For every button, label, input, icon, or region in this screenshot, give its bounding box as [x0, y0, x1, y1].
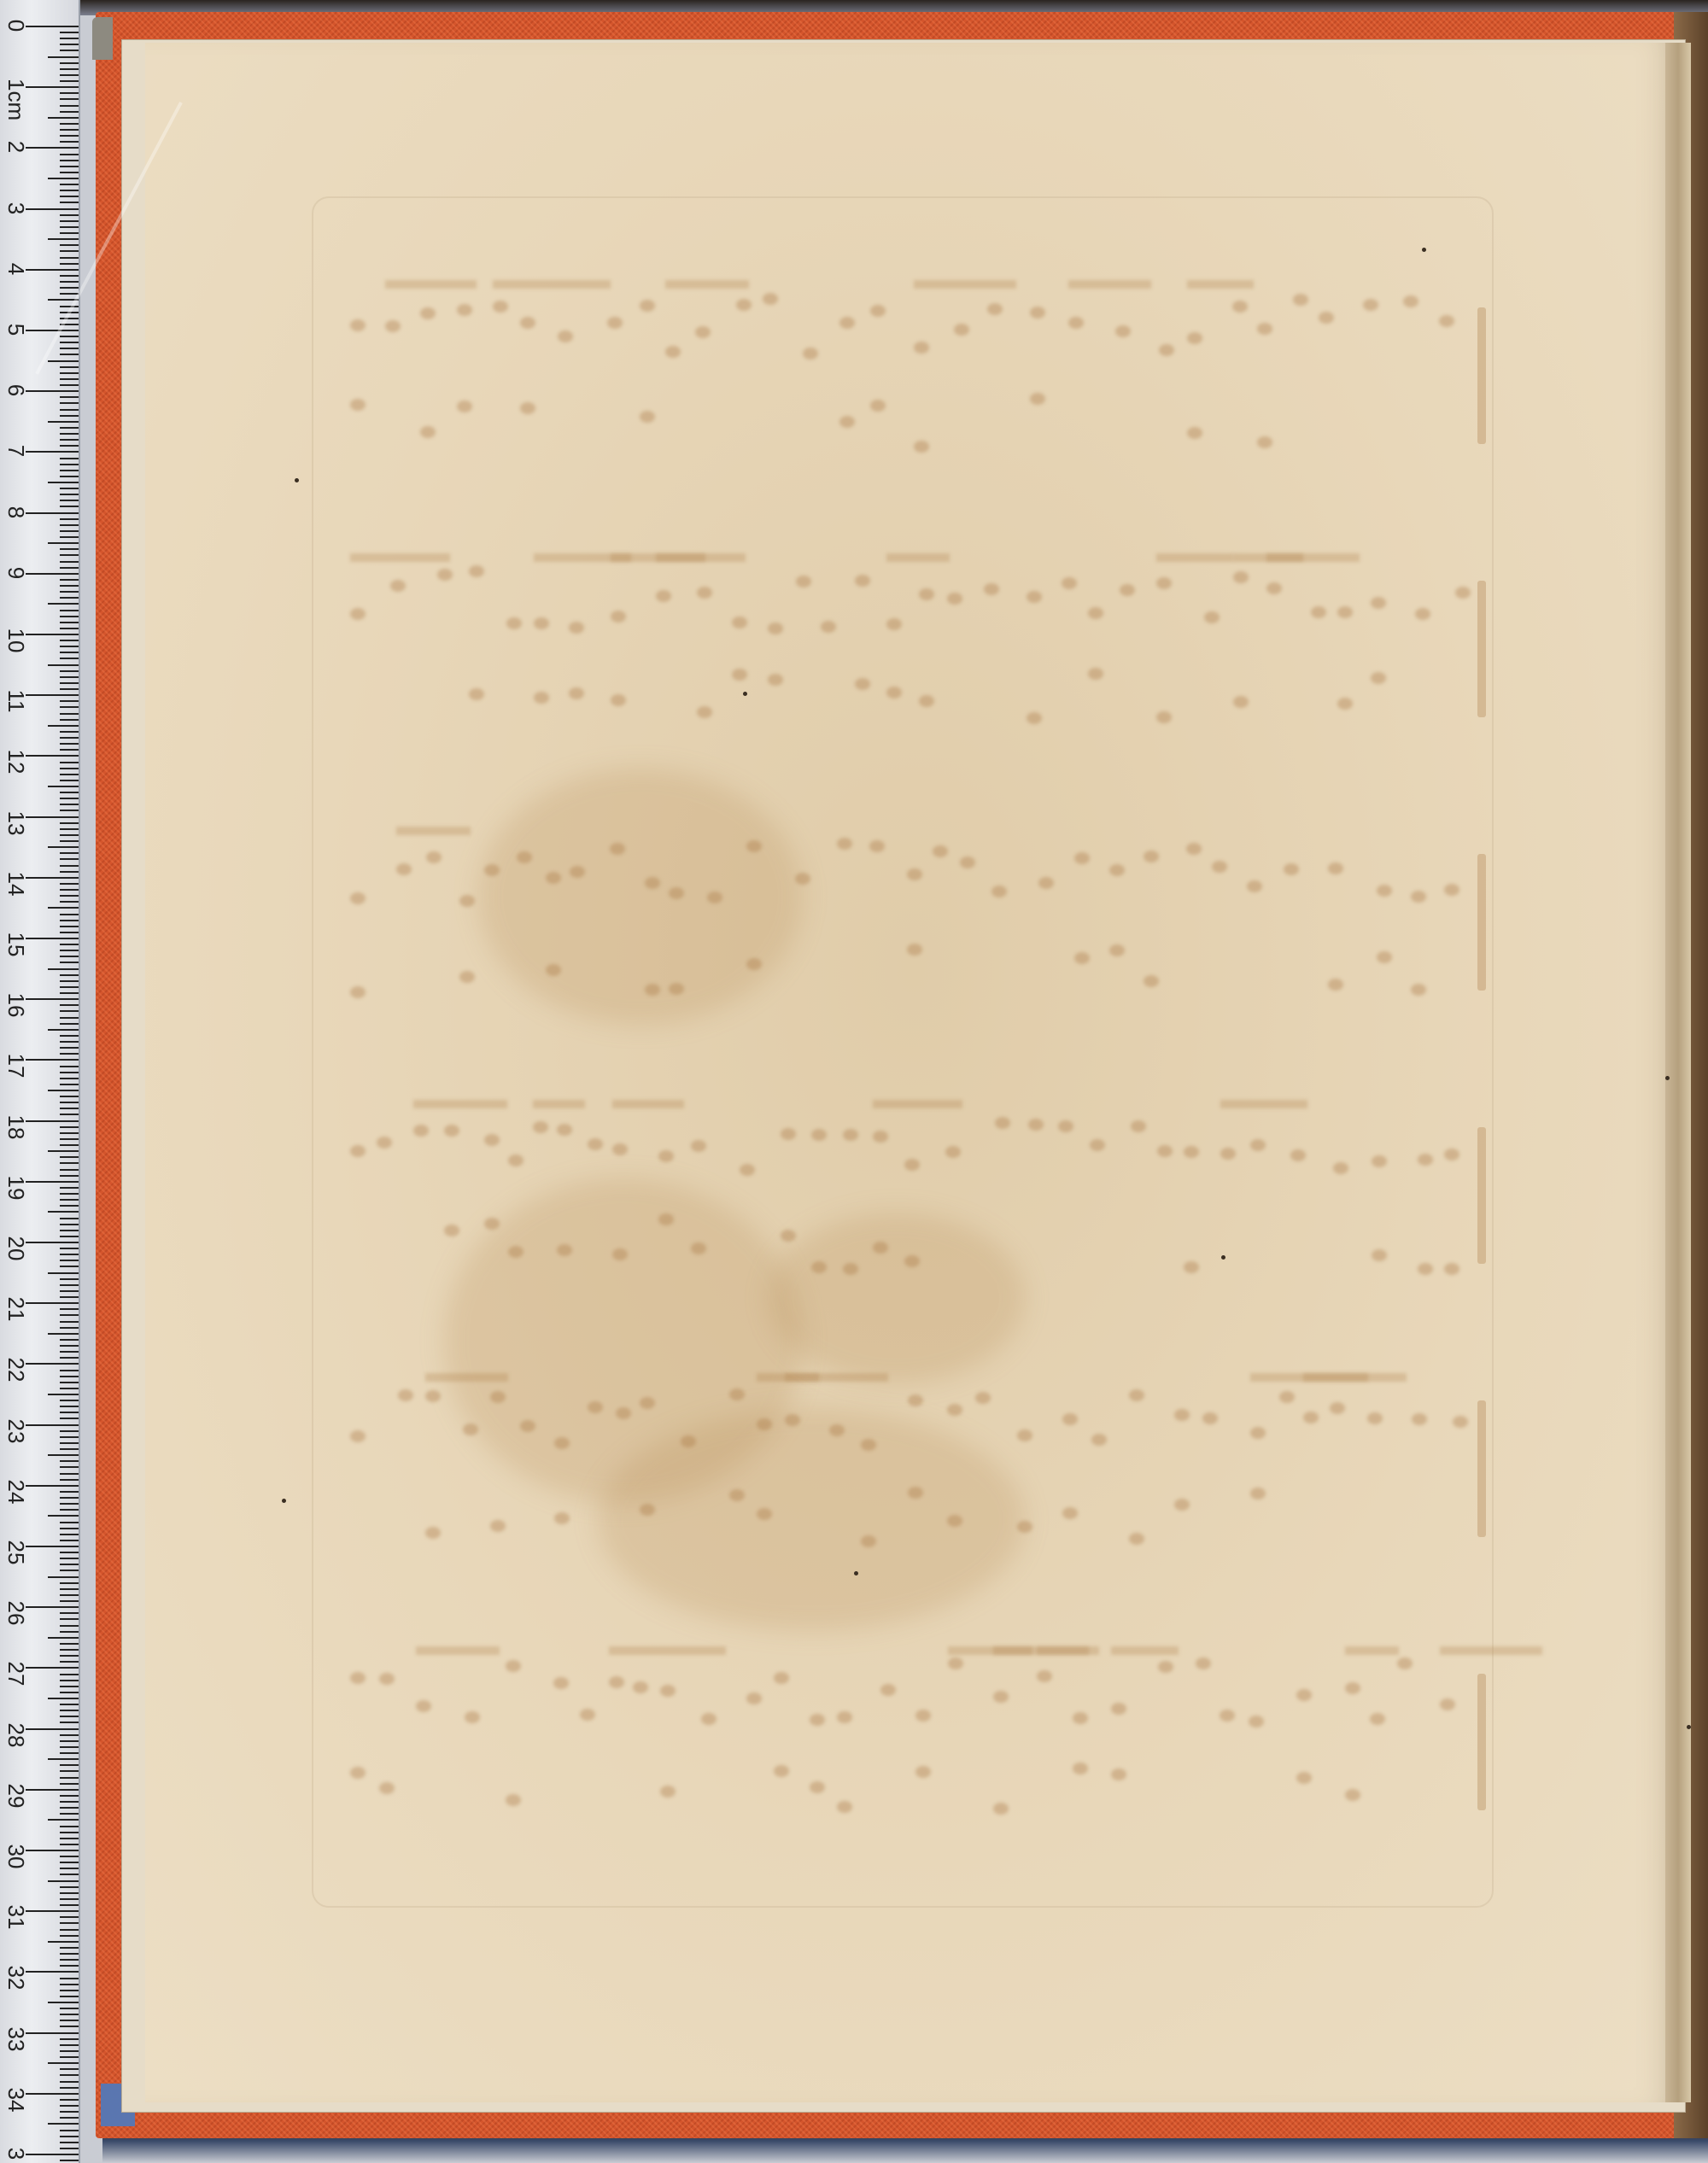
ruler-tick: [60, 494, 79, 495]
ruler-tick: [60, 762, 79, 763]
ruler-tick: [60, 38, 79, 39]
ruler-tick: [60, 768, 79, 769]
ruler-tick: [60, 409, 79, 411]
paper-speck: [1665, 1076, 1670, 1080]
ruler-tick: [60, 1199, 79, 1201]
ruler-tick: [48, 907, 79, 909]
ruler-tick: [60, 980, 79, 982]
ruler-label: 14: [5, 869, 27, 898]
ruler-tick: [60, 80, 79, 82]
ruler-tick: [60, 1156, 79, 1158]
ruler-tick: [60, 1813, 79, 1815]
ruler-tick: [60, 1564, 79, 1565]
ruler-tick: [60, 287, 79, 289]
ruler-tick: [60, 1284, 79, 1286]
bleed-through-staff: [333, 273, 1503, 401]
ruler-tick: [60, 1783, 79, 1785]
ruler-label: 27: [5, 1659, 27, 1688]
ruler-tick: [60, 706, 79, 708]
ruler-tick: [60, 439, 79, 441]
ruler-tick: [60, 354, 79, 355]
ruler-tick: [48, 846, 79, 848]
ruler-tick: [60, 1448, 79, 1450]
ruler-tick: [60, 1904, 79, 1906]
ruler-tick: [60, 1102, 79, 1103]
ruler-label: 0: [5, 11, 27, 40]
ruler-tick: [60, 402, 79, 404]
ruler-tick: [60, 1764, 79, 1766]
ruler-tick: [60, 1260, 79, 1261]
ruler-tick: [60, 433, 79, 435]
ruler-tick: [60, 1661, 79, 1663]
ruler-tick: [60, 336, 79, 337]
ruler-tick: [60, 1230, 79, 1231]
ruler-tick: [60, 1066, 79, 1067]
ruler-tick: [60, 1357, 79, 1359]
foxing-stain: [478, 769, 803, 1025]
ruler-tick: [60, 1978, 79, 1979]
ruler-tick: [26, 1971, 79, 1973]
ruler-tick: [60, 1807, 79, 1809]
ruler-tick: [60, 865, 79, 867]
ruler-tick: [60, 1716, 79, 1717]
ruler-tick: [60, 658, 79, 659]
ruler-tick: [60, 1308, 79, 1310]
ruler-tick: [60, 871, 79, 873]
ruler-tick: [60, 506, 79, 507]
ruler-tick: [26, 816, 79, 818]
ruler-tick: [60, 737, 79, 739]
ruler-tick: [60, 1600, 79, 1602]
ruler-tick: [60, 2099, 79, 2101]
ruler-tick: [60, 1892, 79, 1894]
ruler-tick: [60, 1017, 79, 1019]
ruler-tick: [60, 50, 79, 51]
ruler-tick: [60, 476, 79, 477]
ruler-tick: [60, 366, 79, 368]
ruler-tick: [48, 2062, 79, 2064]
ruler-tick: [26, 1424, 79, 1426]
ruler-tick: [60, 852, 79, 854]
ruler-tick: [60, 184, 79, 185]
ruler-tick: [60, 98, 79, 100]
ruler-label: 5: [5, 315, 27, 344]
ruler-tick: [60, 822, 79, 824]
ruler-tick: [48, 1333, 79, 1335]
ruler-tick: [60, 1558, 79, 1559]
paper-speck: [743, 692, 747, 696]
ruler-tick: [48, 1515, 79, 1517]
ruler-tick: [60, 2068, 79, 2070]
ruler-tick: [60, 1072, 79, 1073]
ruler-tick: [60, 901, 79, 903]
ruler-tick: [60, 676, 79, 678]
ruler-tick: [60, 1770, 79, 1772]
ruler-tick: [60, 1296, 79, 1298]
ruler-tick: [48, 725, 79, 727]
ruler-tick: [26, 1485, 79, 1487]
ruler-tick: [26, 2032, 79, 2034]
ruler-tick: [60, 1388, 79, 1389]
ruler-tick: [60, 1916, 79, 1918]
ruler-tick: [26, 998, 79, 1000]
ruler-tick: [48, 2123, 79, 2125]
ruler-tick: [48, 1758, 79, 1760]
ruler-tick: [60, 1929, 79, 1931]
paper-speck: [854, 1571, 858, 1575]
ruler-tick: [26, 1059, 79, 1061]
ruler-tick: [60, 1594, 79, 1596]
ruler-tick: [60, 1618, 79, 1620]
ruler-tick: [60, 1108, 79, 1109]
ruler-tick: [26, 1363, 79, 1365]
ruler-tick: [60, 378, 79, 380]
ruler-tick: [60, 1084, 79, 1085]
ruler-tick: [26, 147, 79, 149]
ruler-label: 3: [5, 2139, 27, 2163]
ruler-tick: [60, 1436, 79, 1438]
ruler-tick: [26, 938, 79, 939]
ruler-tick: [60, 1345, 79, 1347]
ruler-tick: [60, 1528, 79, 1529]
ruler-tick: [60, 2050, 79, 2052]
ruler-tick: [60, 622, 79, 623]
ruler-label: 13: [5, 809, 27, 838]
ruler-label: 4: [5, 254, 27, 284]
ruler-tick: [26, 1667, 79, 1669]
ruler-tick: [60, 1473, 79, 1475]
ruler-tick: [60, 1418, 79, 1419]
ruler-label: 25: [5, 1538, 27, 1567]
ruler-label: 32: [5, 1963, 27, 1992]
ruler-tick: [60, 1631, 79, 1633]
ruler-tick: [60, 1534, 79, 1535]
ruler-tick: [60, 1035, 79, 1037]
ruler-tick: [48, 664, 79, 666]
ruler-tick: [60, 1984, 79, 1985]
ruler-tick: [48, 786, 79, 787]
ruler-tick: [60, 281, 79, 283]
ruler-tick: [60, 1412, 79, 1413]
ruler-label: 9: [5, 558, 27, 588]
ruler-tick: [60, 1874, 79, 1875]
ruler-tick: [60, 652, 79, 653]
ruler-tick: [26, 877, 79, 879]
ruler-tick: [60, 1777, 79, 1779]
ruler-tick: [60, 1290, 79, 1292]
paper-speck: [1221, 1255, 1225, 1260]
ruler-tick: [60, 129, 79, 131]
ruler-tick: [60, 1856, 79, 1857]
ruler-tick: [48, 968, 79, 970]
ruler-tick: [60, 1959, 79, 1961]
ruler-tick: [48, 542, 79, 544]
ruler-tick: [60, 275, 79, 277]
ruler-tick: [60, 1218, 79, 1219]
ruler-tick: [60, 2111, 79, 2113]
ruler-label: 10: [5, 626, 27, 655]
ruler-tick: [60, 135, 79, 137]
ruler-tick: [60, 62, 79, 64]
ruler-tick: [60, 2136, 79, 2137]
ruler-tick: [60, 1838, 79, 1839]
ruler-tick: [60, 244, 79, 246]
ruler-tick: [60, 616, 79, 617]
ruler-tick: [60, 1169, 79, 1171]
ruler-tick: [26, 1242, 79, 1243]
ruler-tick: [60, 44, 79, 45]
ruler-tick: [60, 1935, 79, 1937]
ruler-tick: [60, 458, 79, 459]
ruler-tick: [60, 1522, 79, 1523]
ruler-tick: [60, 1746, 79, 1748]
paper-speck: [1422, 248, 1426, 252]
ruler-label: 24: [5, 1477, 27, 1506]
ruler-tick: [48, 238, 79, 240]
ruler-tick: [60, 798, 79, 799]
ruler-tick: [60, 1497, 79, 1499]
ruler-tick: [48, 2002, 79, 2003]
ruler-tick: [60, 1004, 79, 1006]
ruler-tick: [60, 749, 79, 751]
ruler-label: 23: [5, 1417, 27, 1446]
ruler-tick: [60, 257, 79, 259]
ruler-tick: [60, 834, 79, 836]
ruler-tick: [60, 858, 79, 860]
ruler-label: 34: [5, 2085, 27, 2114]
ruler-label: 30: [5, 1842, 27, 1871]
ruler-tick: [60, 1692, 79, 1693]
ruler-tick: [60, 1236, 79, 1237]
ruler-tick: [60, 2014, 79, 2015]
ruler-tick: [60, 488, 79, 489]
ruler-tick: [60, 105, 79, 107]
ruler-tick: [26, 1910, 79, 1912]
ruler-tick: [60, 597, 79, 599]
ruler-label: 15: [5, 930, 27, 959]
ruler-tick: [48, 1637, 79, 1639]
ruler-tick: [60, 646, 79, 647]
ruler-tick: [26, 1120, 79, 1122]
ruler-tick: [48, 603, 79, 605]
ruler-tick: [60, 1314, 79, 1316]
ruler-tick: [48, 1880, 79, 1882]
ruler-tick: [48, 56, 79, 58]
ruler-tick: [60, 548, 79, 550]
ruler-tick: [60, 524, 79, 526]
ruler-tick: [60, 2074, 79, 2076]
ruler-tick: [60, 1023, 79, 1025]
ruler-tick: [60, 1339, 79, 1341]
ruler-label: 7: [5, 436, 27, 465]
ruler-tick: [60, 682, 79, 684]
ruler-tick: [60, 1509, 79, 1511]
page-gutter: [1665, 43, 1691, 2102]
ruler-tick: [60, 1266, 79, 1267]
ruler-tick: [60, 536, 79, 538]
ruler-tick: [60, 1832, 79, 1833]
ruler-label: 26: [5, 1599, 27, 1628]
ruler-tick: [60, 396, 79, 398]
bleed-through-staff: [333, 547, 1503, 675]
ruler-tick: [60, 932, 79, 933]
ruler-tick: [60, 190, 79, 191]
ruler-tick: [60, 1078, 79, 1079]
ruler-tick: [60, 1096, 79, 1097]
ruler-tick: [26, 634, 79, 635]
ruler-tick: [60, 700, 79, 702]
ruler-tick: [60, 384, 79, 386]
ruler-tick: [60, 1625, 79, 1627]
ruler-tick: [60, 214, 79, 216]
ruler-tick: [60, 1588, 79, 1590]
ruler-tick: [60, 1430, 79, 1432]
ruler-tick: [60, 743, 79, 745]
ruler-tick: [48, 1211, 79, 1213]
ruler-tick: [60, 2008, 79, 2009]
ruler-tick: [48, 117, 79, 119]
ruler-tick: [60, 141, 79, 143]
ruler-tick: [60, 1041, 79, 1043]
ruler-tick: [60, 1886, 79, 1888]
bleed-through-staff: [333, 1093, 1503, 1221]
ruler-tick: [60, 688, 79, 690]
ruler-tick: [60, 226, 79, 228]
ruler-tick: [60, 1801, 79, 1803]
ruler-tick: [60, 263, 79, 265]
ruler-label: 11: [5, 687, 27, 716]
ruler-tick: [48, 1272, 79, 1274]
ruler-tick: [60, 1370, 79, 1371]
ruler-tick: [60, 956, 79, 957]
ruler-tick: [60, 1351, 79, 1353]
ruler-tick: [60, 74, 79, 76]
ruler-label: 33: [5, 2025, 27, 2054]
foxing-stain: [598, 1409, 1025, 1631]
ruler-tick: [60, 445, 79, 447]
ruler-tick: [60, 585, 79, 587]
ruler-tick: [60, 1466, 79, 1468]
ruler-tick: [26, 2093, 79, 2095]
ruler-tick: [60, 1162, 79, 1164]
ruler-tick: [60, 2105, 79, 2107]
ruler-label: 18: [5, 1113, 27, 1142]
ruler-label: 21: [5, 1295, 27, 1324]
ruler-tick: [60, 1649, 79, 1651]
ruler-tick: [60, 348, 79, 349]
ruler-tick: [60, 2142, 79, 2143]
ruler-tick: [26, 26, 79, 27]
ruler-tick: [60, 1278, 79, 1280]
ruler-label: 3: [5, 194, 27, 223]
ruler-tick: [26, 1181, 79, 1183]
ruler-tick: [60, 2020, 79, 2021]
ruler-tick: [60, 1826, 79, 1827]
ruler-tick: [60, 160, 79, 161]
ruler-tick: [60, 250, 79, 252]
ruler-tick: [60, 1460, 79, 1462]
ruler-tick: [60, 1144, 79, 1146]
ruler-tick: [60, 2026, 79, 2027]
ruler-tick: [26, 330, 79, 331]
ruler-tick: [60, 2044, 79, 2046]
ruler-tick: [60, 670, 79, 672]
ruler-tick: [60, 172, 79, 173]
ruler-tick: [60, 840, 79, 842]
ruler-tick: [60, 1503, 79, 1505]
ruler-tick: [60, 1898, 79, 1900]
ruler-tick: [60, 1193, 79, 1195]
ruler-tick: [60, 962, 79, 963]
ruler-tick: [26, 1606, 79, 1608]
ruler-tick: [60, 1752, 79, 1754]
ruler-tick: [60, 1722, 79, 1723]
ruler-label: 2: [5, 132, 27, 161]
ruler-tick: [26, 390, 79, 392]
ruler-tick: [26, 1850, 79, 1851]
ruler-tick: [48, 1941, 79, 1943]
ruler-tick: [60, 220, 79, 222]
ruler-tick: [60, 828, 79, 830]
ruler-label: 28: [5, 1721, 27, 1750]
ruler-tick: [60, 470, 79, 471]
ruler-tick: [26, 451, 79, 453]
ruler-tick: [60, 1674, 79, 1675]
ruler-tick: [60, 196, 79, 197]
ruler-tick: [26, 2154, 79, 2155]
ruler-tick: [60, 1321, 79, 1323]
ruler-tick: [26, 269, 79, 271]
ruler-tick: [60, 1491, 79, 1493]
ruler-tick: [60, 1734, 79, 1736]
ruler-tick: [60, 1053, 79, 1055]
ruler-tick: [60, 1552, 79, 1553]
worn-corner-top: [92, 17, 113, 60]
ruler-tick: [60, 804, 79, 805]
ruler-tick: [60, 2081, 79, 2083]
ruler-tick: [60, 1138, 79, 1140]
ruler-label: 31: [5, 1903, 27, 1932]
foxing-stain: [769, 1213, 1025, 1383]
ruler-tick: [60, 1126, 79, 1128]
ruler-tick: [48, 1819, 79, 1821]
ruler-label: 22: [5, 1355, 27, 1384]
ruler-label: 16: [5, 991, 27, 1020]
ruler-tick: [60, 567, 79, 569]
ruler-tick: [60, 986, 79, 988]
ruler-tick: [60, 530, 79, 532]
ruler-tick: [60, 427, 79, 429]
ruler-tick: [60, 306, 79, 307]
ruler-tick: [48, 1090, 79, 1091]
ruler-tick: [60, 202, 79, 203]
ruler-tick: [60, 914, 79, 915]
ruler-tick: [60, 92, 79, 94]
ruler-tick: [60, 372, 79, 374]
ruler-tick: [60, 1990, 79, 1991]
ruler-tick: [60, 2087, 79, 2089]
ruler-tick: [60, 2130, 79, 2131]
ruler-tick: [60, 792, 79, 793]
ruler-tick: [48, 1150, 79, 1152]
ruler-tick: [60, 1175, 79, 1177]
ruler-tick: [60, 883, 79, 885]
ruler-tick: [60, 719, 79, 721]
ruler-tick: [60, 1406, 79, 1407]
ruler-tick: [60, 1710, 79, 1711]
ruler-tick: [26, 1789, 79, 1791]
ruler-tick: [26, 694, 79, 696]
